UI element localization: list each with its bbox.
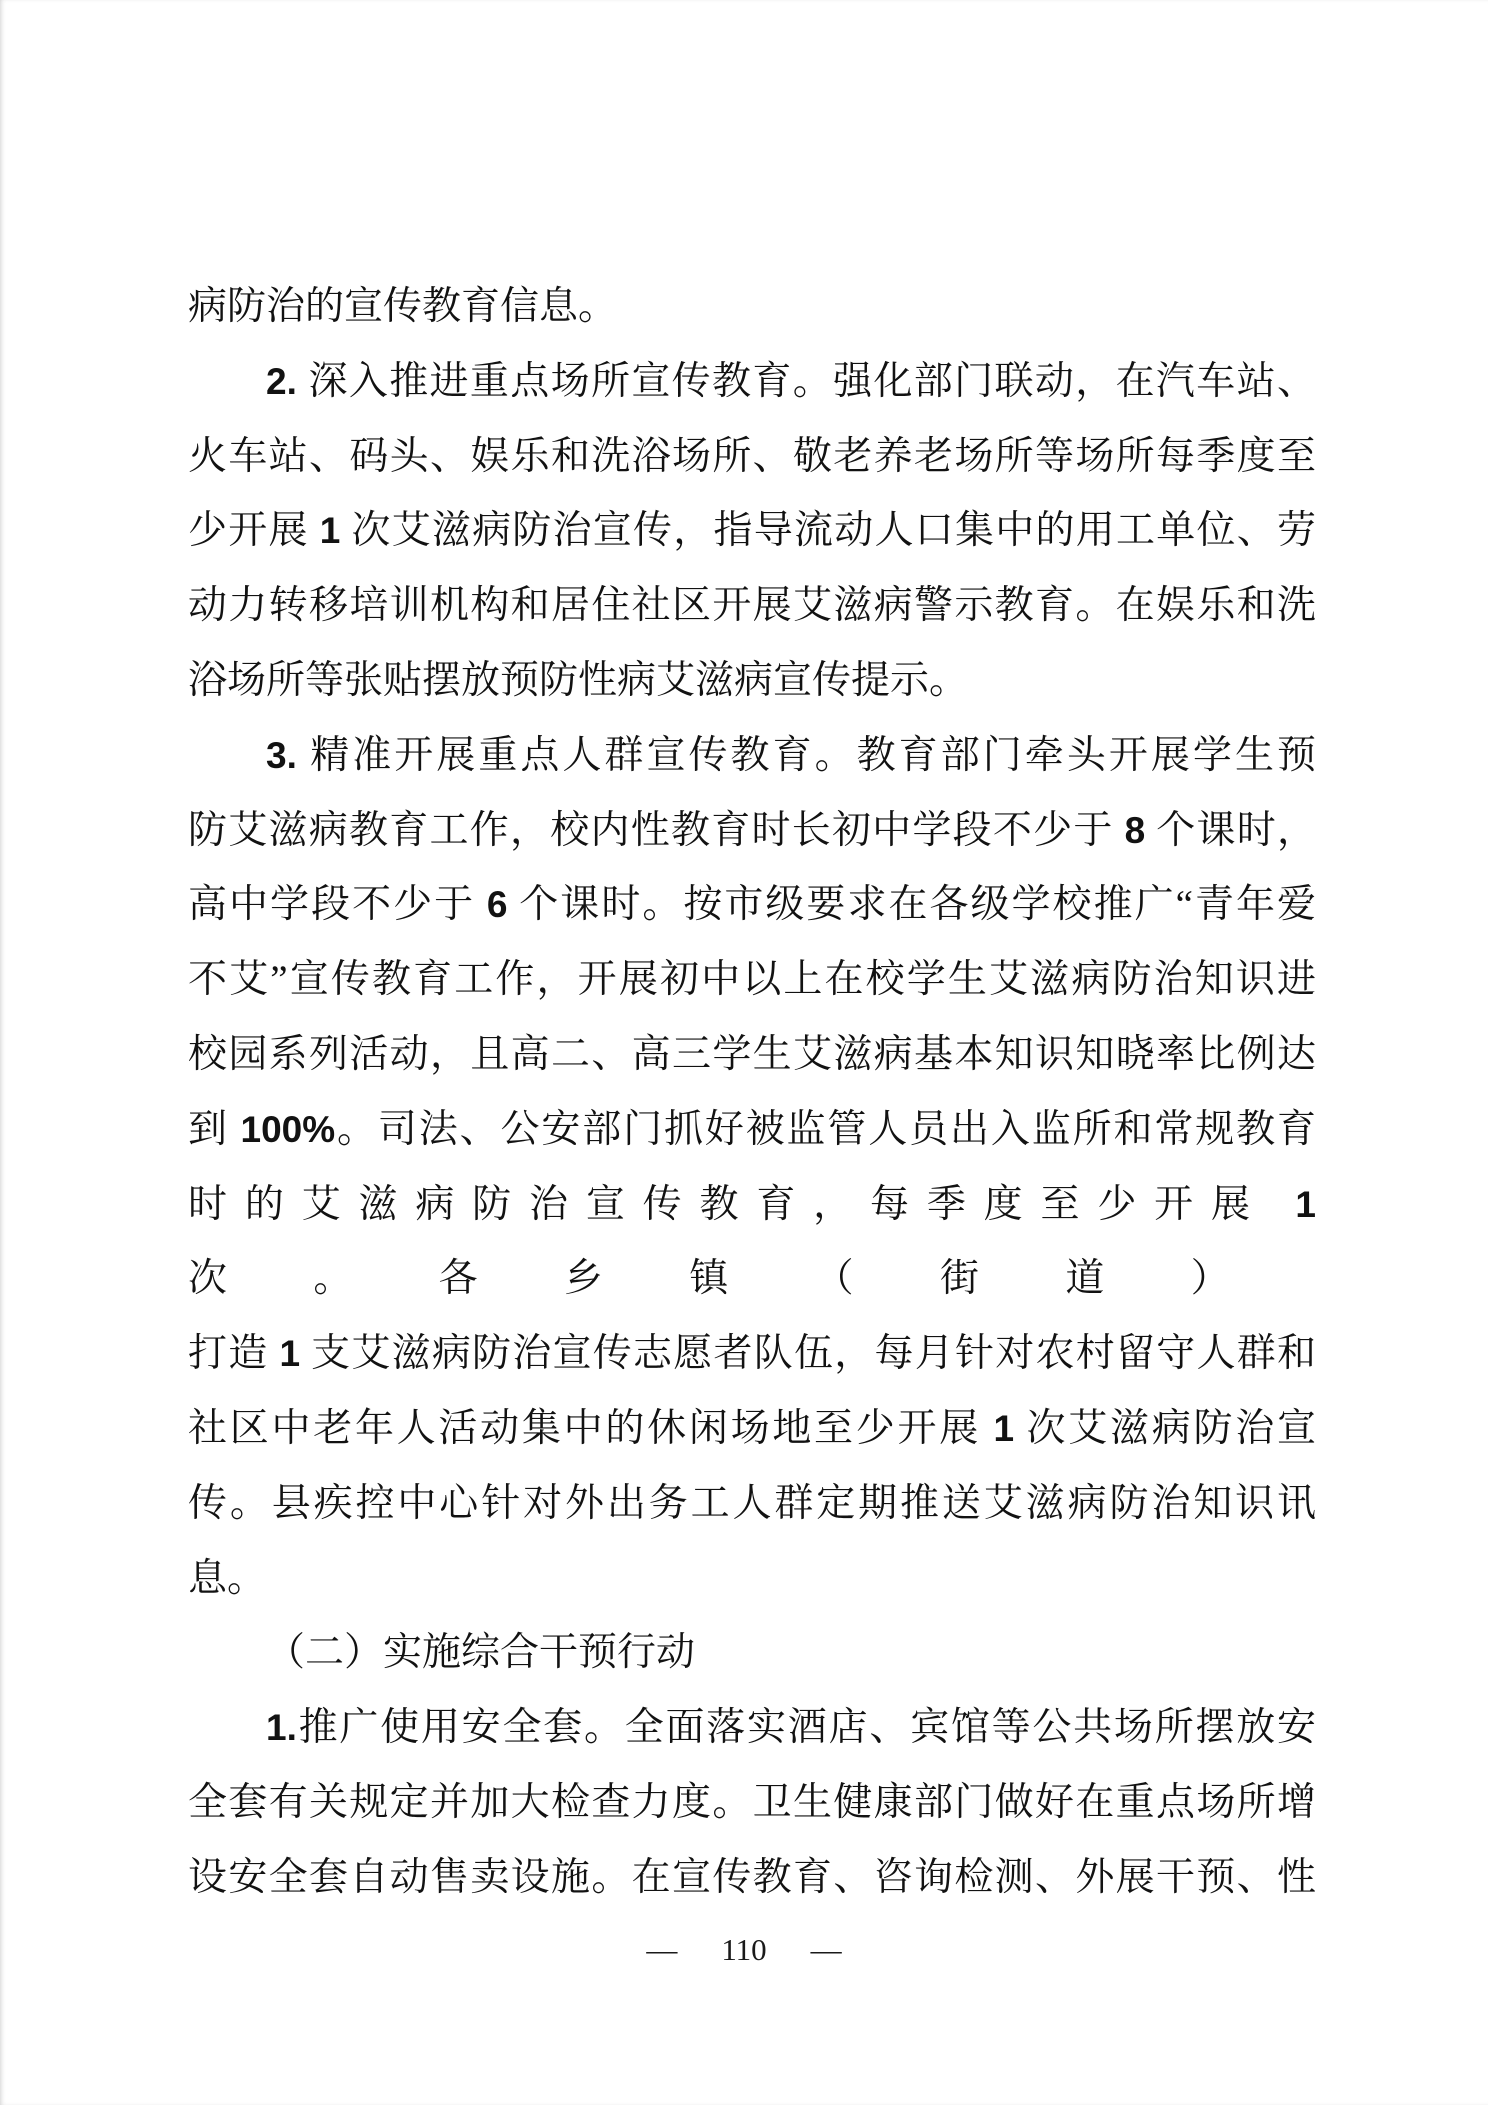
text-line: 3. 精准开展重点人群宣传教育。教育部门牵头开展学生预 xyxy=(188,719,1316,794)
text-run: 少开展 xyxy=(188,509,320,552)
text-line: 息。 xyxy=(188,1542,1316,1617)
text-run: 全套有关规定并加大检查力度。卫生健康部门做好在重点场所增 xyxy=(188,1781,1316,1824)
text-line: 动力转移培训机构和居住社区开展艾滋病警示教育。在娱乐和洗 xyxy=(188,569,1316,644)
text-run: 1. xyxy=(266,1707,297,1748)
text-run: 火车站、码头、娱乐和洗浴场所、敬老养老场所等场所每季度至 xyxy=(188,435,1316,478)
text-run: 不艾”宣传教育工作，开展初中以上在校学生艾滋病防治知识进 xyxy=(188,958,1316,1001)
text-run: 次艾滋病防治宣传，指导流动人口集中的用工单位、劳 xyxy=(340,509,1316,552)
text-line: 防艾滋病教育工作，校内性教育时长初中学段不少于 8 个课时， xyxy=(188,794,1316,869)
text-line: 2. 深入推进重点场所宣传教育。强化部门联动，在汽车站、 xyxy=(188,345,1316,420)
text-run: 个课时。按市级要求在各级学校推广“青年爱 xyxy=(508,883,1317,926)
text-run: 1 xyxy=(320,510,341,551)
text-run: 个课时， xyxy=(1145,809,1316,852)
text-run: 息。 xyxy=(188,1557,266,1600)
text-run: 深入推进重点场所宣传教育。强化部门联动，在汽车站、 xyxy=(309,360,1317,403)
text-run: 6 xyxy=(487,884,508,925)
text-line: 校园系列活动，且高二、高三学生艾滋病基本知识知晓率比例达 xyxy=(188,1018,1316,1093)
footer-dash-left: — xyxy=(646,1932,677,1968)
text-line: 到 100%。司法、公安部门抓好被监管人员出入监所和常规教育 xyxy=(188,1093,1316,1168)
text-line: 时的艾滋病防治宣传教育，每季度至少开展 1 次。各乡镇（街道） xyxy=(188,1168,1316,1318)
text-line: （二）实施综合干预行动 xyxy=(188,1616,1316,1691)
text-run: 8 xyxy=(1125,810,1146,851)
text-run: 1 xyxy=(993,1408,1014,1449)
text-run: 100% xyxy=(241,1109,336,1150)
body-text: 病防治的宣传教育信息。2. 深入推进重点场所宣传教育。强化部门联动，在汽车站、火… xyxy=(188,270,1316,1916)
text-line: 设安全套自动售卖设施。在宣传教育、咨询检测、外展干预、性 xyxy=(188,1841,1316,1916)
text-line: 打造 1 支艾滋病防治宣传志愿者队伍，每月针对农村留守人群和 xyxy=(188,1317,1316,1392)
text-line: 少开展 1 次艾滋病防治宣传，指导流动人口集中的用工单位、劳 xyxy=(188,494,1316,569)
text-run: 1 xyxy=(280,1333,301,1374)
text-run: 打造 xyxy=(188,1332,280,1375)
page-footer: — 110 — xyxy=(0,1932,1488,1968)
text-line: 浴场所等张贴摆放预防性病艾滋病宣传提示。 xyxy=(188,644,1316,719)
text-run: 到 xyxy=(188,1108,241,1151)
text-run: 2. xyxy=(266,361,309,402)
text-run: 次。各乡镇（街道） xyxy=(188,1257,1316,1300)
footer-dash-right: — xyxy=(811,1932,842,1968)
text-run: 防艾滋病教育工作，校内性教育时长初中学段不少于 xyxy=(188,809,1125,852)
text-line: 社区中老年人活动集中的休闲场地至少开展 1 次艾滋病防治宣 xyxy=(188,1392,1316,1467)
text-line: 病防治的宣传教育信息。 xyxy=(188,270,1316,345)
text-run: 支艾滋病防治宣传志愿者队伍，每月针对农村留守人群和 xyxy=(300,1332,1316,1375)
text-run: 社区中老年人活动集中的休闲场地至少开展 xyxy=(188,1407,993,1450)
text-run: 精准开展重点人群宣传教育。教育部门牵头开展学生预 xyxy=(310,734,1316,777)
text-run: （二）实施综合干预行动 xyxy=(266,1631,695,1674)
text-line: 全套有关规定并加大检查力度。卫生健康部门做好在重点场所增 xyxy=(188,1766,1316,1841)
text-line: 火车站、码头、娱乐和洗浴场所、敬老养老场所等场所每季度至 xyxy=(188,420,1316,495)
text-line: 1.推广使用安全套。全面落实酒店、宾馆等公共场所摆放安 xyxy=(188,1691,1316,1766)
text-line: 高中学段不少于 6 个课时。按市级要求在各级学校推广“青年爱 xyxy=(188,868,1316,943)
text-run: 次艾滋病防治宣 xyxy=(1014,1407,1316,1450)
text-run: 推广使用安全套。全面落实酒店、宾馆等公共场所摆放安 xyxy=(297,1706,1316,1749)
text-run: 高中学段不少于 xyxy=(188,883,487,926)
document-page: 病防治的宣传教育信息。2. 深入推进重点场所宣传教育。强化部门联动，在汽车站、火… xyxy=(0,0,1488,2105)
text-run: 病防治的宣传教育信息。 xyxy=(188,285,617,328)
text-line: 传。县疾控中心针对外出务工人群定期推送艾滋病防治知识讯 xyxy=(188,1467,1316,1542)
text-run: 3. xyxy=(266,735,310,776)
text-run: 浴场所等张贴摆放预防性病艾滋病宣传提示。 xyxy=(188,659,968,702)
text-run: 1 xyxy=(1295,1184,1316,1225)
text-run: 设安全套自动售卖设施。在宣传教育、咨询检测、外展干预、性 xyxy=(188,1856,1316,1899)
text-run: 。司法、公安部门抓好被监管人员出入监所和常规教育 xyxy=(335,1108,1316,1151)
text-run: 传。县疾控中心针对外出务工人群定期推送艾滋病防治知识讯 xyxy=(188,1482,1316,1525)
text-line: 不艾”宣传教育工作，开展初中以上在校学生艾滋病防治知识进 xyxy=(188,943,1316,1018)
text-run: 时的艾滋病防治宣传教育，每季度至少开展 xyxy=(188,1183,1295,1226)
text-run: 动力转移培训机构和居住社区开展艾滋病警示教育。在娱乐和洗 xyxy=(188,584,1316,627)
text-run: 校园系列活动，且高二、高三学生艾滋病基本知识知晓率比例达 xyxy=(188,1033,1316,1076)
page-number: 110 xyxy=(721,1932,766,1968)
